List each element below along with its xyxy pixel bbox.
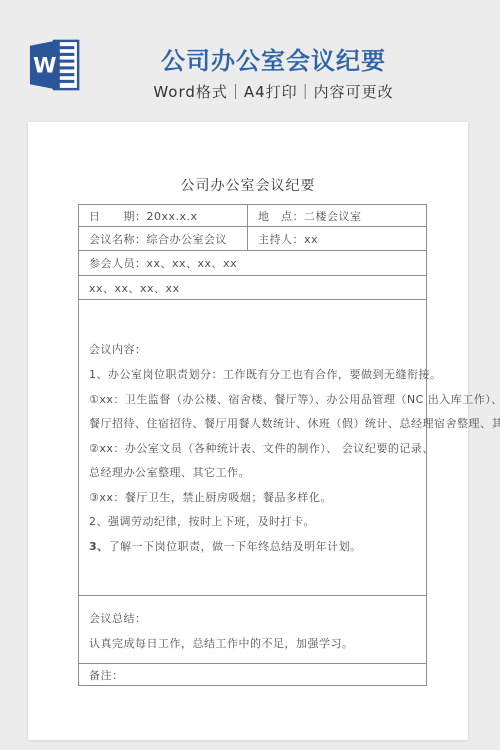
content-line: 3、了解一下岗位职责，做一下年终总结及明年计划。 bbox=[89, 535, 420, 560]
banner-text: 公司办公室会议纪要 Word格式｜A4打印｜内容可更改 bbox=[47, 46, 500, 102]
attendees-value: xx、xx、xx、xx bbox=[147, 257, 238, 270]
table-row: 日 期：20xx.x.x 地 点：二楼会议室 bbox=[79, 205, 427, 227]
banner-subtitle: Word格式｜A4打印｜内容可更改 bbox=[47, 83, 500, 102]
banner-title: 公司办公室会议纪要 bbox=[47, 46, 500, 76]
place-value: 二楼会议室 bbox=[304, 210, 362, 223]
content-line: 总经理办公室整理、其它工作。 bbox=[89, 461, 420, 486]
content-line: ③xx：餐厅卫生，禁止厨房吸烟；餐品多样化。 bbox=[89, 486, 420, 511]
minutes-table: 日 期：20xx.x.x 地 点：二楼会议室 会议名称：综合办公室会议 主持人：… bbox=[78, 204, 427, 686]
content-title: 会议内容： bbox=[89, 338, 420, 363]
document-title: 公司办公室会议纪要 bbox=[28, 122, 468, 196]
banner: W 公司办公室会议纪要 Word格式｜A4打印｜内容可更改 bbox=[0, 0, 500, 122]
attendees-label: 参会人员： bbox=[89, 257, 147, 270]
meeting-name-label: 会议名称： bbox=[89, 233, 147, 246]
place-cell: 地 点：二楼会议室 bbox=[248, 205, 427, 227]
content-line: ②xx：办公室文员（各种统计表、文件的制作）、 会议纪要的记录、 bbox=[89, 437, 420, 462]
meeting-content-cell: 会议内容： 1、办公室岗位职责划分：工作既有分工也有合作，要做到无缝衔接。 ①x… bbox=[79, 300, 427, 596]
host-value: xx bbox=[304, 233, 318, 246]
date-value: 20xx.x.x bbox=[147, 210, 198, 223]
content-line: ①xx：卫生监督（办公楼、宿舍楼、餐厅等）、办公用品管理（NC 出入库工作）、餐… bbox=[89, 388, 420, 413]
content-line: 餐厅招待、住宿招待、餐厅用餐人数统计、休班（假）统计、总经理宿舍整理、其它工作。 bbox=[89, 412, 420, 437]
attendees-overflow-cell: xx、xx、xx、xx bbox=[79, 276, 427, 300]
table-row: 备注： bbox=[79, 664, 427, 686]
document-page: 公司办公室会议纪要 日 期：20xx.x.x 地 点：二楼会议室 会议名称：综合… bbox=[28, 122, 468, 740]
summary-cell: 会议总结： 认真完成每日工作，总结工作中的不足，加强学习。 bbox=[79, 596, 427, 664]
remark-cell: 备注： bbox=[79, 664, 427, 686]
table-row: 会议总结： 认真完成每日工作，总结工作中的不足，加强学习。 bbox=[79, 596, 427, 664]
place-label: 地 点： bbox=[258, 210, 304, 223]
meeting-name-value: 综合办公室会议 bbox=[147, 233, 228, 246]
table-row: xx、xx、xx、xx bbox=[79, 276, 427, 300]
meeting-name-cell: 会议名称：综合办公室会议 bbox=[79, 227, 248, 251]
date-label: 日 期： bbox=[89, 210, 147, 223]
date-cell: 日 期：20xx.x.x bbox=[79, 205, 248, 227]
summary-label: 会议总结： bbox=[89, 607, 420, 632]
table-row: 会议内容： 1、办公室岗位职责划分：工作既有分工也有合作，要做到无缝衔接。 ①x… bbox=[79, 300, 427, 596]
host-label: 主持人： bbox=[258, 233, 304, 246]
table-row: 会议名称：综合办公室会议 主持人：xx bbox=[79, 227, 427, 251]
summary-text: 认真完成每日工作，总结工作中的不足，加强学习。 bbox=[89, 632, 420, 657]
host-cell: 主持人：xx bbox=[248, 227, 427, 251]
content-line: 2、强调劳动纪律，按时上下班，及时打卡。 bbox=[89, 510, 420, 535]
attendees-cell: 参会人员：xx、xx、xx、xx bbox=[79, 251, 427, 276]
table-row: 参会人员：xx、xx、xx、xx bbox=[79, 251, 427, 276]
content-line: 1、办公室岗位职责划分：工作既有分工也有合作，要做到无缝衔接。 bbox=[89, 363, 420, 388]
